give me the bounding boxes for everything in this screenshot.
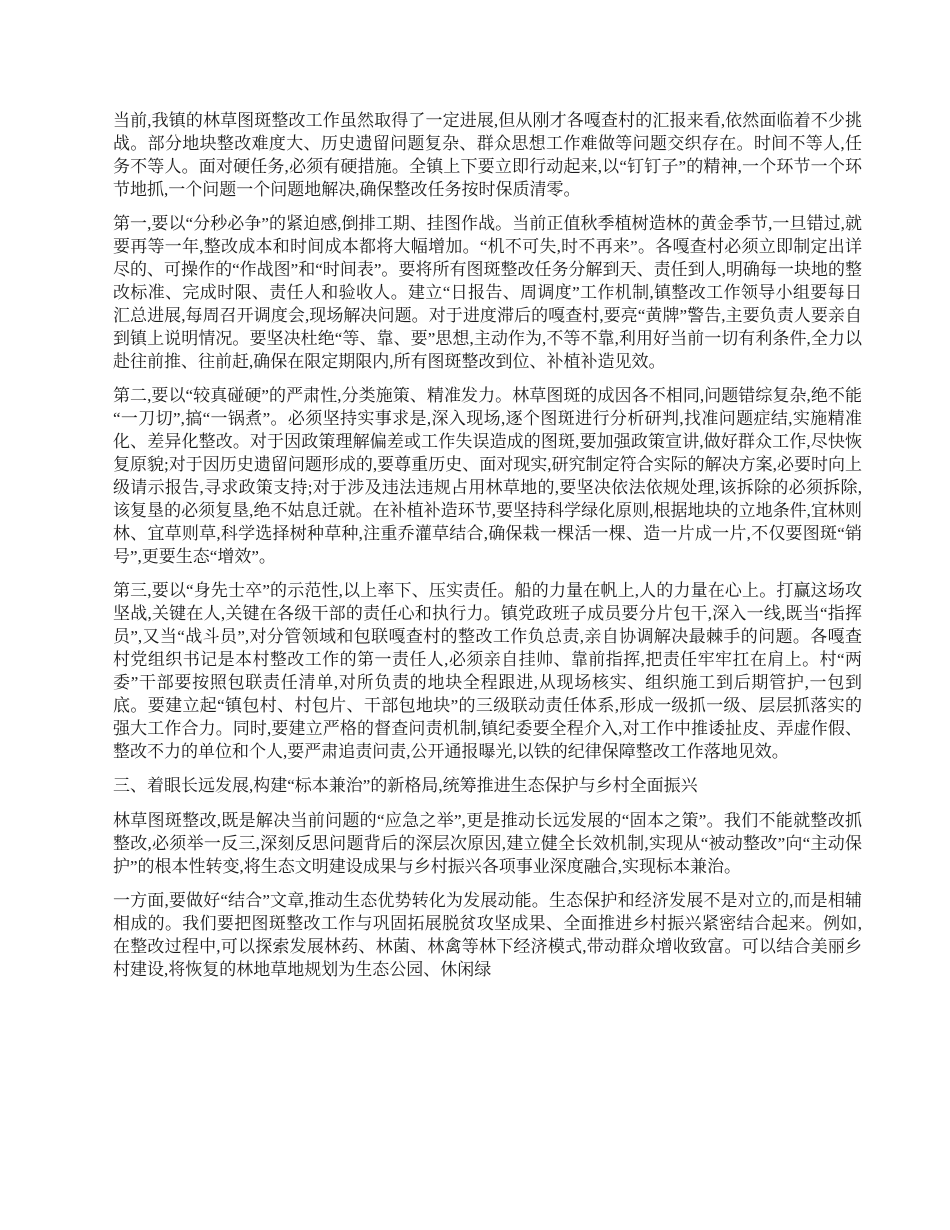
document-page: 当前,我镇的林草图斑整改工作虽然取得了一定进展,但从刚才各嘎查村的汇报来看,依然…	[0, 0, 950, 1230]
document-text-area: 当前,我镇的林草图斑整改工作虽然取得了一定进展,但从刚才各嘎查村的汇报来看,依然…	[0, 0, 950, 981]
body-paragraph: 当前,我镇的林草图斑整改工作虽然取得了一定进展,但从刚才各嘎查村的汇报来看,依然…	[113, 109, 862, 201]
body-paragraph: 第一,要以“分秒必争”的紧迫感,倒排工期、挂图作战。当前正值秋季植树造林的黄金季…	[113, 212, 862, 373]
body-paragraph: 第二,要以“较真碰硬”的严肃性,分类施策、精准发力。林草图斑的成因各不相同,问题…	[113, 384, 862, 568]
body-paragraph: 第三,要以“身先士卒”的示范性,以上率下、压实责任。船的力量在帆上,人的力量在心…	[113, 579, 862, 763]
body-paragraph: 林草图斑整改,既是解决当前问题的“应急之举”,更是推动长远发展的“固本之策”。我…	[113, 809, 862, 878]
section-heading: 三、着眼长远发展,构建“标本兼治”的新格局,统筹推进生态保护与乡村全面振兴	[113, 774, 862, 797]
body-paragraph: 一方面,要做好“结合”文章,推动生态优势转化为发展动能。生态保护和经济发展不是对…	[113, 889, 862, 981]
